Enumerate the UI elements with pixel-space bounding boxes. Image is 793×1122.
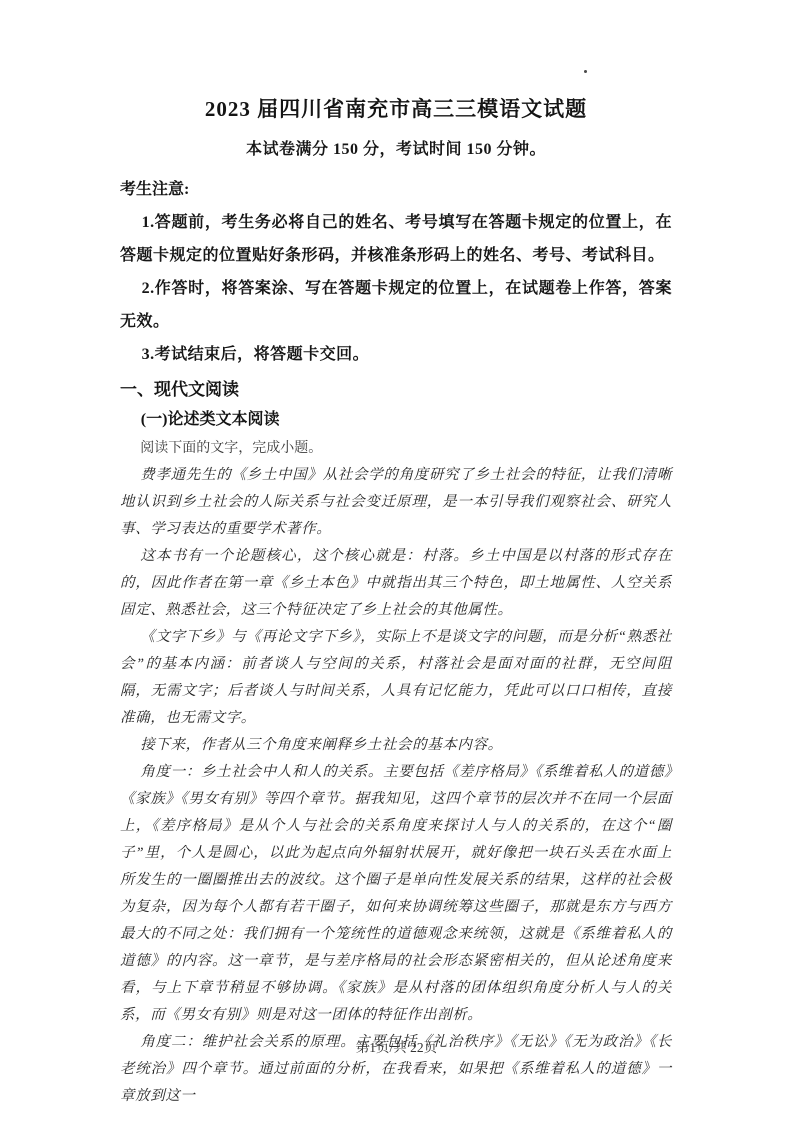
reading-passage: 费孝通先生的《乡土中国》从社会学的角度研究了乡土社会的特征，让我们清晰地认识到乡… bbox=[120, 462, 672, 1110]
stray-mark bbox=[584, 70, 587, 73]
notice-label: 考生注意: bbox=[120, 173, 672, 206]
notice-item-3: 3.考试结束后，将答题卡交回。 bbox=[120, 338, 672, 371]
passage-paragraph-2: 这本书有一个论题核心，这个核心就是：村落。乡土中国是以村落的形式存在的，因此作者… bbox=[120, 543, 672, 624]
reading-instruction: 阅读下面的文字，完成小题。 bbox=[140, 435, 672, 462]
notice-item-1: 1.答题前，考生务必将自己的姓名、考号填写在答题卡规定的位置上，在答题卡规定的位… bbox=[120, 206, 672, 272]
page-title: 2023 届四川省南充市高三三模语文试题 bbox=[120, 96, 672, 123]
passage-paragraph-1: 费孝通先生的《乡土中国》从社会学的角度研究了乡土社会的特征，让我们清晰地认识到乡… bbox=[120, 462, 672, 543]
subsection-heading-argumentative-reading: (一)论述类文本阅读 bbox=[141, 405, 672, 435]
passage-paragraph-3: 《文字下乡》与《再论文字下乡》，实际上不是谈文字的问题，而是分析“熟悉社会”的基… bbox=[120, 624, 672, 732]
page-number-footer: 第1页/共 22页 bbox=[0, 1038, 793, 1058]
section-heading-modern-reading: 一、现代文阅读 bbox=[120, 375, 672, 405]
passage-paragraph-5: 角度一：乡土社会中人和人的关系。主要包括《差序格局》《系维着私人的道德》《家族》… bbox=[120, 759, 672, 1029]
notice-item-2: 2.作答时，将答案涂、写在答题卡规定的位置上，在试题卷上作答，答案无效。 bbox=[120, 272, 672, 338]
exam-paper-page: 2023 届四川省南充市高三三模语文试题 本试卷满分 150 分，考试时间 15… bbox=[0, 0, 793, 1122]
exam-info-line: 本试卷满分 150 分，考试时间 150 分钟。 bbox=[120, 138, 672, 162]
page-content: 2023 届四川省南充市高三三模语文试题 本试卷满分 150 分，考试时间 15… bbox=[0, 0, 793, 1110]
passage-paragraph-4: 接下来，作者从三个角度来阐释乡土社会的基本内容。 bbox=[120, 732, 672, 759]
